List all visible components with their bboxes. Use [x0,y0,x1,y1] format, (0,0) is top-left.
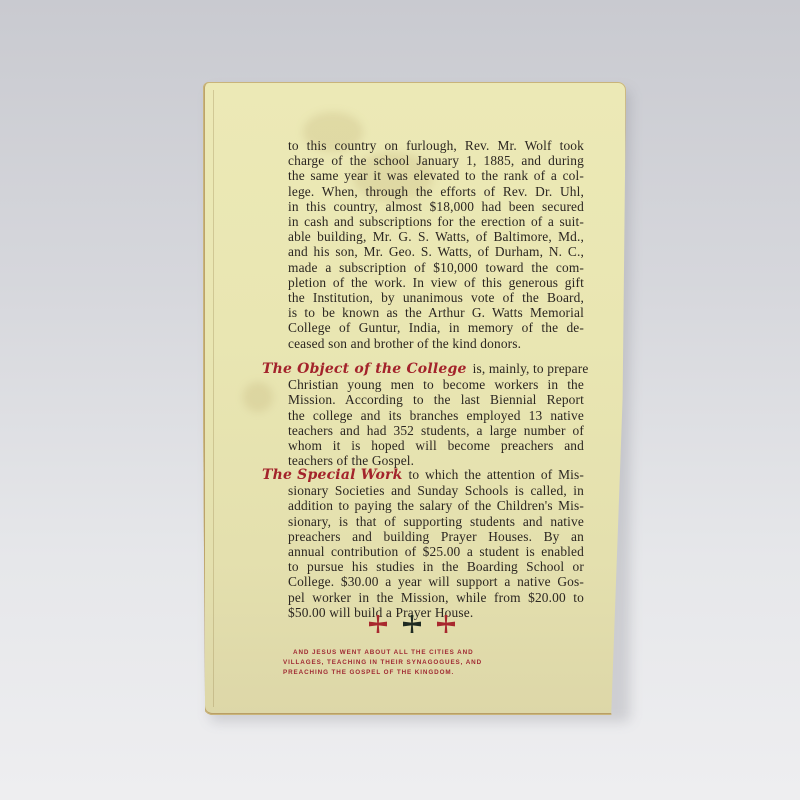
cross-pattee-icon [402,614,422,634]
section-body: Christian young men to become workers in… [288,377,584,468]
section-heading: The Object of the College [262,362,467,377]
scripture-verse: And Jesus went about all the cities andv… [283,648,545,678]
text-line: to pursue his studies in the Boarding Sc… [288,559,584,574]
text-line: ceased son and brother of the kind donor… [288,336,584,351]
verse-line: villages, teaching in their synagogues, … [283,658,545,668]
text-line: preachers and building Prayer Houses. By… [288,529,584,544]
text-line: annual contribution of $25.00 a student … [288,544,584,559]
text-line: teachers and had 352 students, a large n… [288,423,584,438]
text-line: pletion of the work. In view of this gen… [288,275,584,290]
section-first-line-text: to which the attention of Mis- [409,467,585,482]
text-line: sionary, is that of supporting students … [288,514,584,529]
text-line: in this country, almost $18,000 had been… [288,199,584,214]
text-line: is to be known as the Arthur G. Watts Me… [288,305,584,320]
text-line: College of Guntur, India, in memory of t… [288,320,584,335]
text-line: lege. When, through the efforts of Rev. … [288,184,584,199]
text-line: in cash and subscriptions for the erecti… [288,214,584,229]
section-special-work: The Special Work to which the attention … [262,467,584,620]
text-line: made a subscription of $10,000 toward th… [288,260,584,275]
text-line: Christian young men to become workers in… [288,377,584,392]
cross-pattee-icon [436,614,456,634]
verse-line: preaching the gospel of the kingdom. [283,668,545,678]
cross-pattee-icon [368,614,388,634]
text-line: and his son, Mr. Geo. S. Watts, of Durha… [288,244,584,259]
text-line: able building, Mr. G. S. Watts, of Balti… [288,229,584,244]
text-line: whom it is hoped will become preachers a… [288,438,584,453]
text-line: sionary Societies and Sunday Schools is … [288,483,584,498]
section-first-line: The Special Work to which the attention … [262,467,584,483]
text-line: the Institution, by unanimous vote of th… [288,290,584,305]
text-line: addition to paying the salary of the Chi… [288,498,584,513]
text-line: College. $30.00 a year will support a na… [288,574,584,589]
cross-ornaments [368,614,458,638]
verse-line: And Jesus went about all the cities and [283,648,545,658]
section-body: sionary Societies and Sunday Schools is … [288,483,584,620]
text-line: the college and its branches employed 13… [288,408,584,423]
text-line: the same year it was elevated to the ran… [288,168,584,183]
section-object-of-college: The Object of the College is, mainly, to… [262,361,584,468]
text-line: pel worker in the Mission, while from $2… [288,590,584,605]
section-first-line-text: is, mainly, to prepare [473,361,589,376]
text-line: to this country on furlough, Rev. Mr. Wo… [288,138,584,153]
intro-paragraph: to this country on furlough, Rev. Mr. Wo… [288,138,584,351]
text-line: Mission. According to the last Biennial … [288,392,584,407]
section-first-line: The Object of the College is, mainly, to… [262,361,584,377]
text-line: charge of the school January 1, 1885, an… [288,153,584,168]
section-heading: The Special Work [262,468,403,483]
